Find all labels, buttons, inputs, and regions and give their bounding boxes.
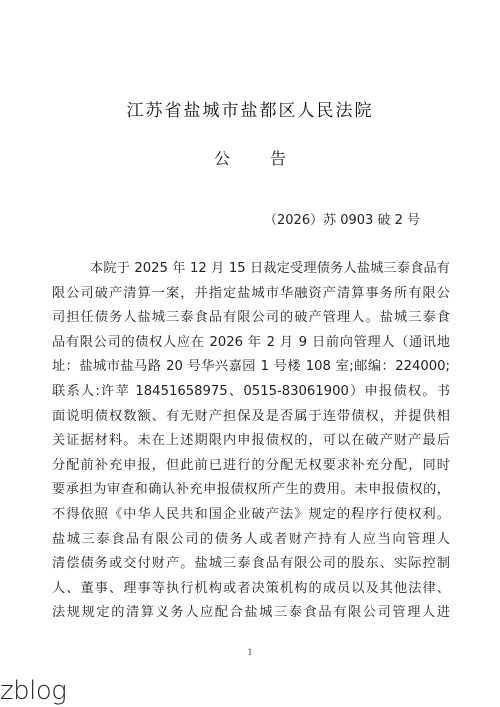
body-line: 品有限公司的债权人应在 2026 年 2 月 9 日前向管理人（通讯地 (52, 331, 450, 356)
notice-title: 公告 (0, 146, 500, 169)
body-line: 联系人:许苹 18451658975、0515-83061900）申报债权。书 (52, 380, 450, 405)
body-line: 本院于 2025 年 12 月 15 日裁定受理债务人盐城三泰食品有 (52, 257, 450, 282)
body-line: 法规规定的清算义务人应配合盐城三泰食品有限公司管理人进 (52, 601, 450, 626)
document-page: 江苏省盐城市盐都区人民法院 公告 （2026）苏 0903 破 2 号 本院于 … (0, 0, 500, 707)
body-line: 关证据材料。未在上述期限内申报债权的，可以在破产财产最后 (52, 429, 450, 454)
notice-title-char-2: 告 (270, 146, 286, 169)
body-line: 不得依照《中华人民共和国企业破产法》规定的程序行使权利。 (52, 503, 450, 528)
page-number: 1 (0, 648, 500, 657)
court-name-heading: 江苏省盐城市盐都区人民法院 (0, 96, 500, 121)
body-line: 司担任债务人盐城三泰食品有限公司的破产管理人。盐城三泰食 (52, 306, 450, 331)
body-line: 要承担为审查和确认补充申报债权所产生的费用。未申报债权的， (52, 478, 450, 503)
notice-body: 本院于 2025 年 12 月 15 日裁定受理债务人盐城三泰食品有 限公司破产… (52, 257, 450, 626)
body-line: 人、董事、理事等执行机构或者决策机构的成员以及其他法律、 (52, 577, 450, 602)
case-number: （2026）苏 0903 破 2 号 (264, 209, 420, 228)
body-line: 面说明债权数额、有无财产担保及是否属于连带债权，并提供相 (52, 405, 450, 430)
watermark-text: zblog (0, 676, 66, 706)
body-line: 盐城三泰食品有限公司的债务人或者财产持有人应当向管理人 (52, 528, 450, 553)
body-line: 分配前补充申报，但此前已进行的分配无权要求补充分配，同时 (52, 454, 450, 479)
body-line: 址：盐城市盐马路 20 号华兴嘉园 1 号楼 108 室;邮编：224000; (52, 355, 450, 380)
body-line: 限公司破产清算一案，并指定盐城市华融资产清算事务所有限公 (52, 282, 450, 307)
body-line: 清偿债务或交付财产。盐城三泰食品有限公司的股东、实际控制 (52, 552, 450, 577)
notice-title-char-1: 公 (214, 146, 230, 169)
